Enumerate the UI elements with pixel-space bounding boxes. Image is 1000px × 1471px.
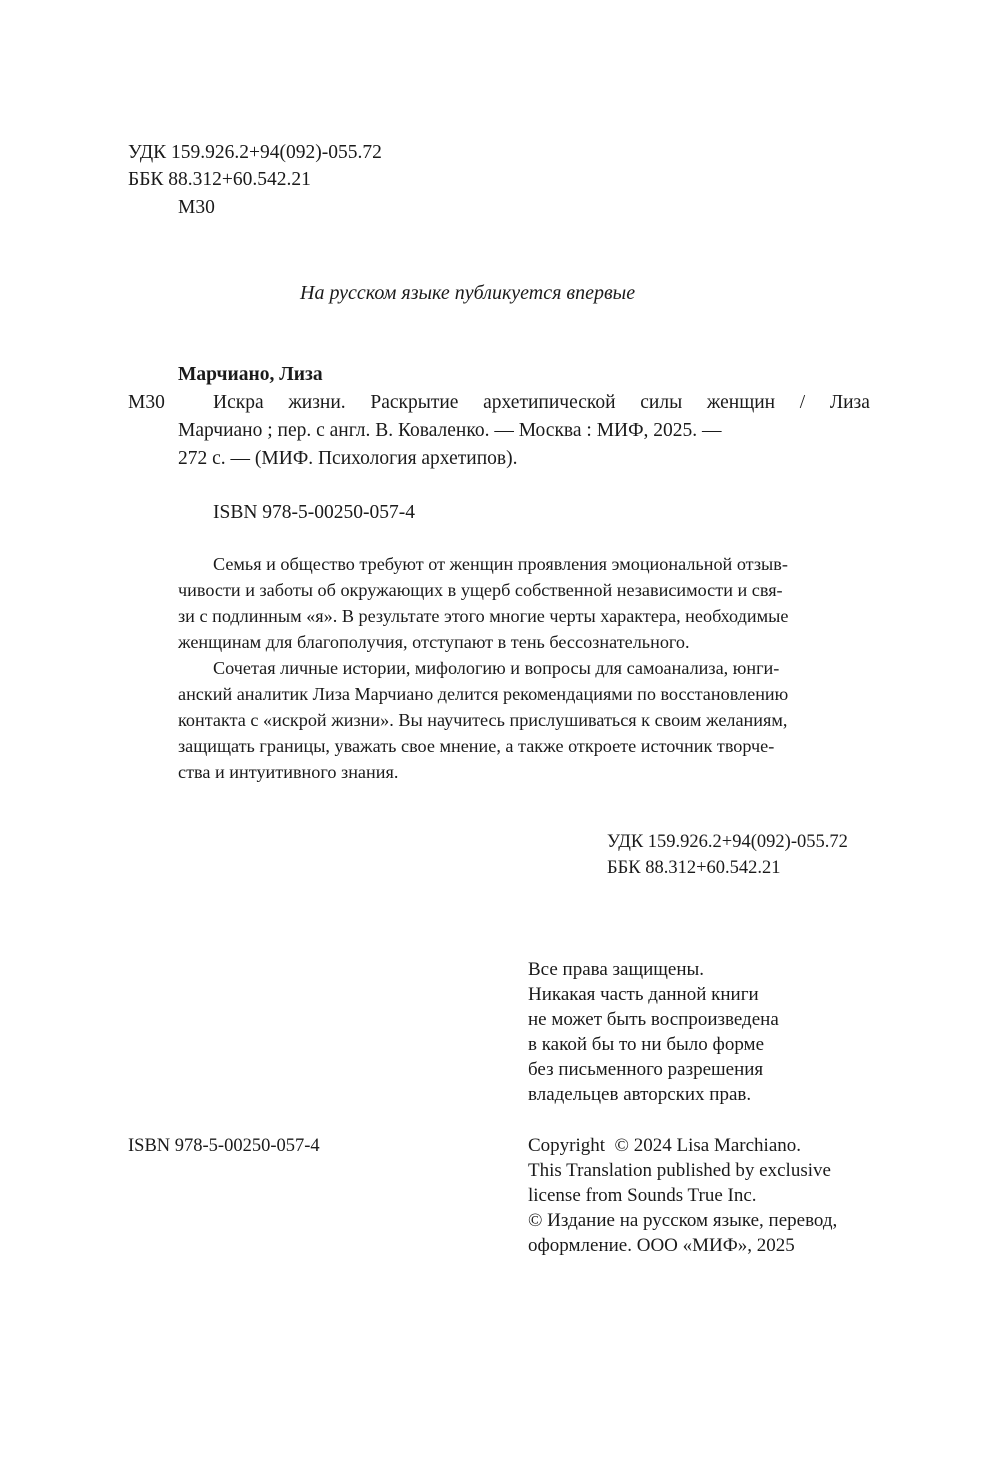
annotation-p2-line-1: Сочетая личные истории, мифологию и вопр… bbox=[213, 655, 779, 681]
copyright-line-3: license from Sounds True Inc. bbox=[528, 1183, 757, 1209]
rights-line-2: Никакая часть данной книги bbox=[528, 982, 759, 1008]
annotation-p1-line-4: женщинам для благополучия, отступают в т… bbox=[178, 629, 690, 655]
word: Лиза bbox=[830, 390, 870, 416]
description-line-3: 272 с. — (МИФ. Психология архетипов). bbox=[178, 446, 517, 472]
word: силы bbox=[640, 390, 682, 416]
word: Искра bbox=[213, 390, 264, 416]
description-line-2: Марчиано ; пер. с англ. В. Коваленко. — … bbox=[178, 418, 870, 444]
annotation-p1-line-3: зи с подлинным «я». В результате этого м… bbox=[178, 603, 788, 629]
catalog-author-mark: М30 bbox=[128, 390, 165, 416]
annotation-p2-line-3: контакта с «искрой жизни». Вы научитесь … bbox=[178, 707, 787, 733]
rights-line-6: владельцев авторских прав. bbox=[528, 1082, 751, 1108]
word: Раскрытие bbox=[370, 390, 458, 416]
word: / bbox=[800, 390, 805, 416]
rights-line-3: не может быть воспроизведена bbox=[528, 1007, 779, 1033]
bbk-code-bottom: ББК 88.312+60.542.21 bbox=[607, 855, 781, 881]
annotation-p1-line-1: Семья и общество требуют от женщин прояв… bbox=[213, 551, 788, 577]
udk-code-bottom: УДК 159.926.2+94(092)-055.72 bbox=[607, 829, 848, 855]
annotation-p2-line-5: ства и интуитивного знания. bbox=[178, 759, 398, 785]
copyright-line-5: оформление. ООО «МИФ», 2025 bbox=[528, 1233, 795, 1259]
bbk-code: ББК 88.312+60.542.21 bbox=[128, 167, 311, 193]
copyright-line-1: Copyright © 2024 Lisa Marchiano. bbox=[528, 1133, 801, 1159]
catalog-isbn: ISBN 978-5-00250-057-4 bbox=[213, 500, 415, 526]
copyright-line-2: This Translation published by exclusive bbox=[528, 1158, 831, 1184]
rights-line-1: Все права защищены. bbox=[528, 957, 704, 983]
annotation-p2-line-2: анский аналитик Лиза Марчиано делится ре… bbox=[178, 681, 788, 707]
rights-line-4: в какой бы то ни было форме bbox=[528, 1032, 764, 1058]
udk-code: УДК 159.926.2+94(092)-055.72 bbox=[128, 140, 382, 166]
word: жизни. bbox=[288, 390, 345, 416]
author-heading: Марчиано, Лиза bbox=[178, 362, 323, 388]
word: архетипической bbox=[483, 390, 615, 416]
copyright-line-4: © Издание на русском языке, перевод, bbox=[528, 1208, 837, 1234]
first-publication-note: На русском языке публикуется впервые bbox=[300, 280, 635, 306]
isbn-bottom: ISBN 978-5-00250-057-4 bbox=[128, 1133, 320, 1159]
annotation-p1-line-2: чивости и заботы об окружающих в ущерб с… bbox=[178, 577, 783, 603]
author-mark: М30 bbox=[178, 195, 215, 221]
rights-line-5: без письменного разрешения bbox=[528, 1057, 763, 1083]
annotation-p2-line-4: защищать границы, уважать свое мнение, а… bbox=[178, 733, 774, 759]
description-line-1: Искражизни.Раскрытиеархетипическойсилыже… bbox=[213, 390, 870, 416]
word: женщин bbox=[707, 390, 775, 416]
